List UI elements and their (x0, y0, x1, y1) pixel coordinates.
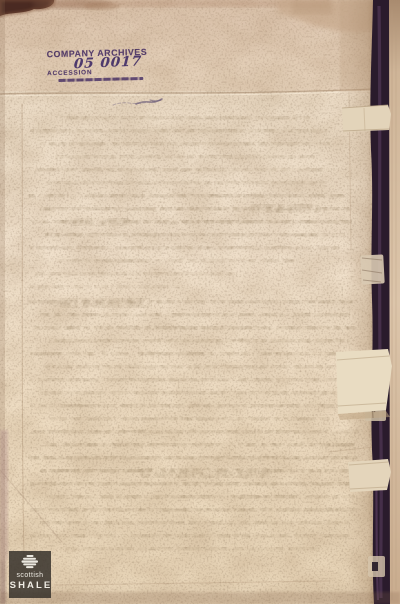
book-binding (336, 0, 400, 604)
scottish-shale-watermark: scottish SHALE (9, 551, 51, 598)
ghost-text-lines (28, 116, 360, 551)
pencil-scribble (113, 99, 162, 105)
ghost-text-layer (0, 0, 400, 604)
page-edge-shadow (346, 0, 374, 604)
watermark-brand-bottom: SHALE (8, 581, 53, 591)
accession-underline (58, 77, 143, 82)
edge-tints (0, 0, 400, 604)
top-right-tan-stain (278, 0, 374, 32)
binding-gap-strip (370, 0, 390, 604)
paper-tab-lower (348, 459, 391, 492)
scanned-ledger-page-photo: COMPANY ARCHIVES ACCESSION 05 0017 scott… (0, 0, 400, 604)
paper-tab-top (342, 105, 391, 132)
facing-page-sliver (388, 0, 400, 604)
watermark-brand-top: scottish (17, 572, 44, 579)
company-archives-stamp: COMPANY ARCHIVES ACCESSION 05 0017 (44, 45, 155, 90)
tape-repairs (360, 254, 386, 577)
globe-icon (20, 555, 40, 570)
paper-tab-middle (336, 349, 392, 414)
top-left-corner-stain (0, 0, 54, 16)
paper-grain-texture (0, 0, 400, 604)
accession-number: 05 0017 (73, 53, 142, 72)
paper-blotch-texture (0, 0, 400, 604)
paper-tabs (336, 105, 392, 492)
